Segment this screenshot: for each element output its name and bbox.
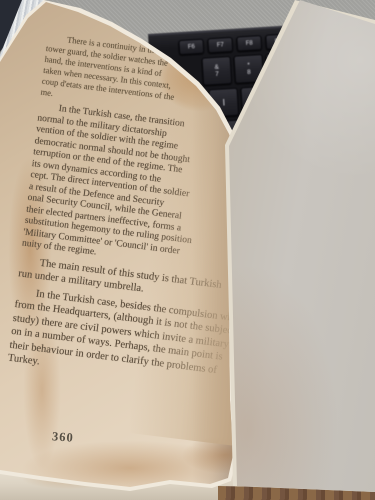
key-base-glyph: 7 [215, 71, 219, 78]
photo-scene: F6F7F8F9F10&7*8(9)0UIOK There is a conti… [0, 0, 375, 500]
key-F7: F7 [207, 37, 233, 53]
key-7: &7 [202, 56, 233, 86]
page-number: 360 [52, 429, 75, 445]
key-base-glyph: 8 [247, 69, 251, 76]
key-F6: F6 [178, 39, 204, 55]
key-F8: F8 [236, 35, 262, 51]
